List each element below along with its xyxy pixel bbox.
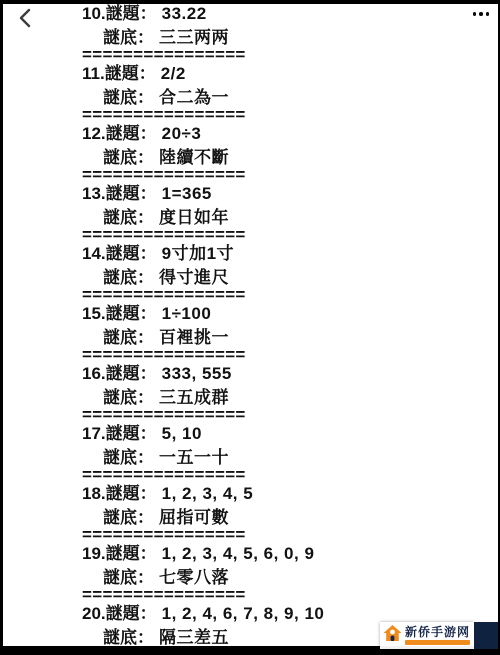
riddle-separator: ================	[82, 109, 482, 122]
riddle-separator: ================	[82, 409, 482, 422]
screenshot-frame: 10.謎題：33.22 謎底：三三两两 ================ 11.…	[0, 0, 500, 655]
riddle-block: 16.謎題：333, 555 謎底：三五成群 ================	[82, 362, 482, 422]
riddle-question-label: 謎題：	[106, 604, 157, 623]
watermark-badge: 新侨手游网	[380, 622, 474, 649]
site-watermark: 新侨手游网	[380, 622, 498, 649]
riddle-question-line: 15.謎題：1÷100	[82, 302, 482, 327]
riddle-question-value: 1=365	[162, 184, 212, 203]
riddle-list: 10.謎題：33.22 謎底：三三两两 ================ 11.…	[82, 2, 482, 655]
riddle-block: 15.謎題：1÷100 謎底：百裡挑一 ================	[82, 302, 482, 362]
riddle-answer-value: 隔三差五	[159, 628, 229, 647]
riddle-question-value: 1, 2, 4, 6, 7, 8, 9, 10	[162, 604, 325, 623]
riddle-number: 16.	[82, 364, 106, 383]
riddle-separator: ================	[82, 229, 482, 242]
riddle-number: 13.	[82, 184, 106, 203]
riddle-question-label: 謎題：	[106, 484, 157, 503]
ellipsis-icon	[473, 12, 490, 16]
riddle-block: 18.謎題：1, 2, 3, 4, 5 謎底：屈指可數 ============…	[82, 482, 482, 542]
riddle-block: 17.謎題：5, 10 謎底：一五一十 ================	[82, 422, 482, 482]
watermark-orange-strip	[405, 640, 470, 645]
bezel-top	[0, 0, 500, 4]
riddle-question-value: 20÷3	[162, 124, 202, 143]
riddle-question-line: 12.謎題：20÷3	[82, 122, 482, 147]
riddle-number: 15.	[82, 304, 106, 323]
riddle-number: 18.	[82, 484, 106, 503]
riddle-block: 11.謎題：2/2 謎底：合二為一 ================	[82, 62, 482, 122]
riddle-question-value: 2/2	[161, 64, 186, 83]
riddle-question-label: 謎題：	[106, 244, 157, 263]
chevron-left-icon	[18, 8, 31, 31]
riddle-question-line: 11.謎題：2/2	[82, 62, 482, 87]
riddle-question-label: 謎題：	[105, 64, 156, 83]
riddle-separator: ================	[82, 529, 482, 542]
riddle-question-label: 謎題：	[106, 364, 157, 383]
riddle-question-value: 9寸加1寸	[162, 244, 234, 263]
riddle-question-line: 16.謎題：333, 555	[82, 362, 482, 387]
riddle-block: 14.謎題：9寸加1寸 謎底：得寸進尺 ================	[82, 242, 482, 302]
riddle-separator: ================	[82, 469, 482, 482]
house-icon	[383, 624, 402, 647]
riddle-number: 11.	[82, 64, 105, 83]
riddle-question-label: 謎題：	[106, 124, 157, 143]
riddle-block: 19.謎題：1, 2, 3, 4, 5, 6, 0, 9 謎底：七零八落 ===…	[82, 542, 482, 602]
riddle-question-value: 1, 2, 3, 4, 5	[162, 484, 254, 503]
riddle-question-value: 333, 555	[162, 364, 232, 383]
riddle-answer-label: 謎底：	[103, 628, 154, 647]
riddle-separator: ================	[82, 169, 482, 182]
riddle-question-value: 33.22	[162, 4, 207, 23]
bezel-left	[0, 0, 3, 655]
riddle-number: 14.	[82, 244, 106, 263]
riddle-question-line: 14.謎題：9寸加1寸	[82, 242, 482, 267]
riddle-number: 19.	[82, 544, 106, 563]
riddle-separator: ================	[82, 589, 482, 602]
riddle-question-label: 謎題：	[106, 424, 157, 443]
riddle-question-line: 13.謎題：1=365	[82, 182, 482, 207]
riddle-separator: ================	[82, 49, 482, 62]
riddle-question-line: 19.謎題：1, 2, 3, 4, 5, 6, 0, 9	[82, 542, 482, 567]
riddle-question-label: 謎題：	[106, 184, 157, 203]
riddle-question-value: 1÷100	[162, 304, 212, 323]
riddle-separator: ================	[82, 349, 482, 362]
riddle-number: 20.	[82, 604, 106, 623]
riddle-separator: ================	[82, 289, 482, 302]
watermark-dark-block	[474, 622, 498, 649]
riddle-number: 10.	[82, 4, 106, 23]
riddle-block: 10.謎題：33.22 謎底：三三两两 ================	[82, 2, 482, 62]
riddle-number: 17.	[82, 424, 106, 443]
riddle-question-value: 1, 2, 3, 4, 5, 6, 0, 9	[162, 544, 315, 563]
riddle-question-line: 17.謎題：5, 10	[82, 422, 482, 447]
riddle-question-label: 謎題：	[106, 304, 157, 323]
riddle-block: 12.謎題：20÷3 謎底：陸續不斷 ================	[82, 122, 482, 182]
more-menu-button[interactable]	[473, 6, 490, 22]
riddle-question-label: 謎題：	[106, 544, 157, 563]
riddle-number: 12.	[82, 124, 106, 143]
riddle-block: 13.謎題：1=365 謎底：度日如年 ================	[82, 182, 482, 242]
riddle-question-label: 謎題：	[106, 4, 157, 23]
riddle-question-line: 10.謎題：33.22	[82, 2, 482, 27]
watermark-site-name: 新侨手游网	[405, 626, 470, 639]
riddle-question-line: 18.謎題：1, 2, 3, 4, 5	[82, 482, 482, 507]
back-button[interactable]	[13, 8, 35, 30]
riddle-question-value: 5, 10	[162, 424, 202, 443]
